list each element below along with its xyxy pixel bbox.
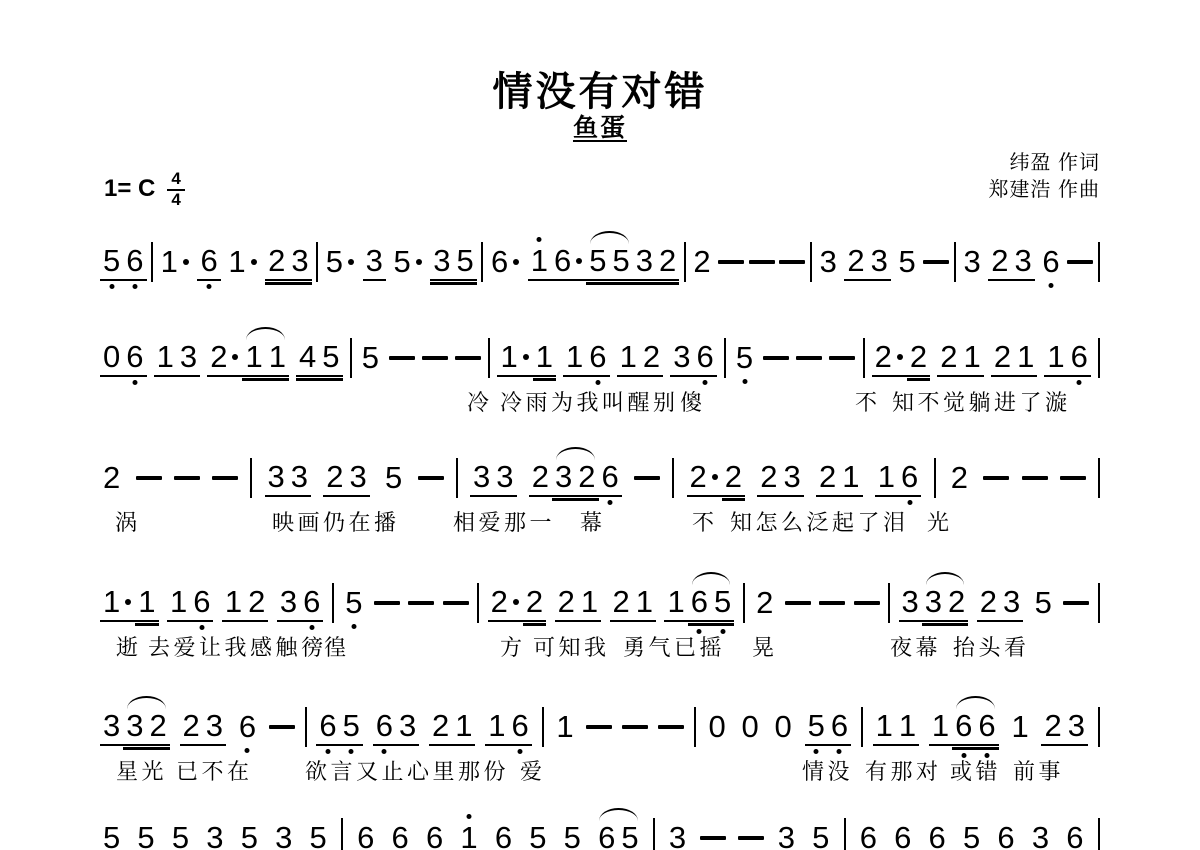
barline (888, 583, 890, 623)
note: 3 (100, 708, 123, 746)
note: 2 (690, 244, 713, 280)
note-number: 3 (291, 459, 308, 495)
note-number: 3 (366, 243, 383, 279)
duration-dash (1063, 601, 1089, 605)
barline (810, 242, 812, 282)
note-number: 2 (432, 708, 449, 744)
note-number: 5 (137, 820, 154, 850)
note: 2 (207, 339, 242, 377)
augmentation-dot (576, 258, 582, 264)
note-number: 1 (899, 708, 916, 744)
note: 1 (497, 339, 532, 377)
note: 6 (354, 820, 377, 850)
barline (488, 338, 490, 378)
note: 5 (805, 708, 828, 746)
beam-group: 21 (937, 339, 984, 377)
beam-group: 332 (100, 708, 170, 746)
tie-group: 32 (922, 584, 969, 622)
note-number: 1 (161, 244, 178, 280)
lyrics-row: 逝去爱让我感触徬徨方可知我勇气已摇晃夜幕抬头看 (100, 631, 1100, 661)
note-number: 6 (376, 708, 393, 744)
note: 3 (922, 584, 945, 622)
note: 1 (929, 708, 952, 746)
note-number: 2 (532, 459, 549, 495)
note-number: 6 (126, 243, 143, 279)
barline (477, 583, 479, 623)
note: 3 (177, 339, 200, 377)
note: 3 (1029, 820, 1052, 850)
octave-dot-below (837, 749, 842, 754)
octave-dot-below (518, 749, 523, 754)
beam-group: 21 (429, 708, 476, 746)
duration-dash (700, 836, 726, 840)
note: 5 (960, 820, 983, 850)
note-number: 2 (210, 339, 227, 375)
note: 6 (123, 243, 146, 281)
augmentation-dot (125, 599, 131, 605)
note: 6 (952, 708, 975, 746)
beam-group: 211 (207, 339, 289, 377)
note: 2 (937, 339, 960, 377)
note-number: 2 (819, 459, 836, 495)
note-number: 3 (636, 243, 653, 279)
note-number: 6 (955, 708, 972, 744)
note-number: 2 (268, 243, 285, 279)
barline (1098, 818, 1100, 850)
beam-group: 23 (977, 584, 1024, 622)
note: 2 (945, 584, 968, 622)
note: 3 (277, 584, 300, 622)
note-number: 5 (343, 708, 360, 744)
note: 5 (134, 820, 157, 850)
note-number: 3 (103, 708, 120, 744)
note: 6 (236, 709, 259, 745)
lyric-segment: 夜幕 (890, 631, 941, 662)
note: 6 (891, 820, 914, 850)
duration-dash (785, 601, 811, 605)
note-number: 1 (138, 584, 155, 620)
note-number: 1 (932, 708, 949, 744)
note-number: 1 (581, 584, 598, 620)
note-number: 1 (556, 709, 573, 745)
barline (743, 583, 745, 623)
tie-group: 66 (952, 708, 999, 746)
note-number: 5 (103, 243, 120, 279)
beam-group: 23 (844, 243, 891, 281)
notation-row: 233235332326222321162 (100, 458, 1100, 498)
lyric-segment: 勇气已摇 (623, 631, 725, 662)
note: 1 (839, 459, 862, 497)
note-number: 5 (714, 584, 731, 620)
note-number: 2 (613, 584, 630, 620)
note-number: 1 (488, 708, 505, 744)
note: 5 (342, 585, 365, 621)
octave-dot-below (907, 500, 912, 505)
note-number: 2 (991, 243, 1008, 279)
duration-dash (829, 356, 855, 360)
note: 6 (1039, 244, 1062, 280)
note: 6 (898, 459, 921, 497)
note: 0 (100, 339, 123, 377)
lyric-segment: 知怎么泛起了泪 (730, 506, 909, 537)
tie-group: 32 (123, 708, 170, 746)
note: 6 (488, 244, 523, 280)
duration-dash (1067, 260, 1093, 264)
note: 2 (180, 708, 203, 746)
lyric-segment: 方 (500, 631, 526, 662)
note: 5 (711, 584, 734, 622)
note: 6 (688, 584, 711, 622)
tie-group: 65 (688, 584, 735, 622)
note: 6 (316, 708, 339, 746)
score: 5616123535356165532232353236061321145511… (100, 0, 1100, 850)
duration-dash (389, 356, 415, 360)
barline (863, 338, 865, 378)
note-number: 1 (1047, 339, 1064, 375)
beam-group: 11 (100, 584, 159, 622)
note-number: 6 (319, 708, 336, 744)
duration-dash (422, 356, 448, 360)
barline (542, 707, 544, 747)
note: 1 (485, 708, 508, 746)
note: 5 (1032, 585, 1055, 621)
note: 6 (551, 243, 586, 281)
octave-dot-below (109, 284, 114, 289)
note-number: 6 (901, 459, 918, 495)
octave-dot-below (814, 749, 819, 754)
note-number: 0 (775, 709, 792, 745)
note-number: 2 (847, 243, 864, 279)
note-number: 0 (708, 709, 725, 745)
duration-dash (443, 601, 469, 605)
augmentation-dot (523, 354, 529, 360)
beam-group: 332 (899, 584, 969, 622)
note: 2 (991, 339, 1014, 377)
note: 6 (975, 708, 998, 746)
note: 5 (319, 339, 342, 377)
note: 6 (123, 339, 146, 377)
note: 3 (288, 459, 311, 497)
note-number: 4 (299, 339, 316, 375)
note: 5 (390, 244, 425, 280)
lyric-segment: 幕 (580, 506, 606, 537)
note: 2 (610, 584, 633, 622)
note-number: 1 (1011, 709, 1028, 745)
note-number: 2 (183, 708, 200, 744)
note-number: 3 (925, 584, 942, 620)
note: 2 (640, 339, 663, 377)
note: 1 (457, 820, 480, 850)
note-number: 2 (980, 584, 997, 620)
note-number: 3 (275, 820, 292, 850)
barline (1098, 707, 1100, 747)
note-number: 6 (126, 339, 143, 375)
lyric-segment: 映画仍在播 (272, 506, 400, 537)
note: 2 (323, 459, 346, 497)
note: 5 (340, 708, 363, 746)
octave-dot-below (349, 749, 354, 754)
note: 3 (265, 459, 288, 497)
tie-group: 11 (242, 339, 289, 377)
barline (250, 458, 252, 498)
note-number: 3 (1015, 243, 1032, 279)
note: 2 (844, 243, 867, 281)
note-number: 2 (875, 339, 892, 375)
note: 3 (775, 820, 798, 850)
beam-group: 21 (816, 459, 863, 497)
note-number: 5 (457, 243, 474, 279)
barline (653, 818, 655, 850)
duration-dash (174, 476, 200, 480)
lyric-segment: 晃 (752, 631, 778, 662)
beam-group: 16 (875, 459, 922, 497)
lyric-segment: 可知我 (533, 631, 610, 662)
beam-group: 06 (100, 339, 147, 377)
lyric-segment: 冷 (467, 386, 493, 417)
note: 3 (493, 459, 516, 497)
barline (684, 242, 686, 282)
beam-group: 16 (1044, 339, 1091, 377)
note-number: 5 (310, 820, 327, 850)
duration-dash (212, 476, 238, 480)
duration-dash (408, 601, 434, 605)
note-number: 6 (1066, 820, 1083, 850)
note: 3 (666, 820, 689, 850)
notation-row: 3322366563211610005611166123 (100, 707, 1100, 747)
note-number: 2 (526, 584, 543, 620)
note: 5 (526, 820, 549, 850)
lyric-segment: 不 (692, 506, 718, 537)
note: 2 (687, 459, 722, 497)
note: 1 (896, 708, 919, 746)
note-number: 2 (578, 459, 595, 495)
duration-dash (1022, 476, 1048, 480)
augmentation-dot (251, 259, 257, 265)
barline (332, 583, 334, 623)
note-number: 5 (326, 244, 343, 280)
note: 5 (307, 820, 330, 850)
note: 5 (809, 820, 832, 850)
note: 3 (552, 459, 575, 497)
note: 3 (203, 820, 226, 850)
note-number: 5 (385, 460, 402, 496)
note-number: 5 (808, 708, 825, 744)
note: 2 (529, 459, 552, 497)
note: 6 (492, 820, 515, 850)
note: 2 (488, 584, 523, 622)
barline (861, 707, 863, 747)
note-number: 2 (756, 585, 773, 621)
note: 1 (242, 339, 265, 377)
lyric-segment: 去爱让我感触徬 (148, 631, 327, 662)
note-number: 3 (784, 459, 801, 495)
note-number: 3 (280, 584, 297, 620)
duration-dash (269, 725, 295, 729)
barline (151, 242, 153, 282)
note-number: 5 (322, 339, 339, 375)
note-number: 3 (820, 244, 837, 280)
octave-dot-below (703, 380, 708, 385)
note-number: 1 (667, 584, 684, 620)
note-number: 5 (393, 244, 410, 280)
note: 3 (960, 244, 983, 280)
duration-dash (983, 476, 1009, 480)
note-number: 3 (1003, 584, 1020, 620)
augmentation-dot (232, 354, 238, 360)
note: 3 (781, 459, 804, 497)
duration-dash (738, 836, 764, 840)
score-line: 061321145511161236522212116冷冷雨为我叫醒别傻不知不觉… (100, 338, 1100, 378)
lyric-segment: 光 (927, 506, 953, 537)
beam-group: 12 (222, 584, 269, 622)
note: 0 (739, 709, 762, 745)
note: 5 (359, 340, 382, 376)
note-number: 6 (978, 708, 995, 744)
duration-dash (455, 356, 481, 360)
octave-dot-above (537, 237, 542, 242)
octave-dot-below (1077, 380, 1082, 385)
note-number: 2 (760, 459, 777, 495)
duration-dash (819, 601, 845, 605)
augmentation-dot (348, 259, 354, 265)
beam-group: 21 (610, 584, 657, 622)
augmentation-dot (513, 599, 519, 605)
note: 2 (656, 243, 679, 281)
note: 6 (389, 820, 412, 850)
lyric-segment: 冷雨为我叫醒别 (500, 386, 679, 417)
note: 2 (575, 459, 598, 497)
augmentation-dot (897, 354, 903, 360)
beam-group: 22 (687, 459, 746, 497)
barline (316, 242, 318, 282)
beam-group: 35 (430, 243, 477, 281)
note-number: 6 (598, 820, 615, 850)
lyric-segment: 爱 (520, 755, 546, 786)
lyric-segment: 逝 (116, 631, 142, 662)
note: 1 (563, 339, 586, 377)
lyric-segment: 不 (855, 386, 881, 417)
lyric-segment: 抬头看 (953, 631, 1030, 662)
barline (1098, 338, 1100, 378)
note: 6 (197, 243, 220, 281)
augmentation-dot (416, 259, 422, 265)
octave-dot-below (132, 380, 137, 385)
octave-dot-below (595, 380, 600, 385)
note-number: 0 (103, 339, 120, 375)
barline (954, 242, 956, 282)
beam-group: 23 (265, 243, 312, 281)
note-number: 2 (1044, 708, 1061, 744)
duration-dash (796, 356, 822, 360)
beam-group: 16 (167, 584, 214, 622)
octave-dot-below (207, 284, 212, 289)
note: 6 (599, 459, 622, 497)
note: 6 (423, 820, 446, 850)
beam-group: 63 (373, 708, 420, 746)
note: 2 (872, 339, 907, 377)
note: 2 (1041, 708, 1064, 746)
lyric-segment: 已不在 (176, 755, 253, 786)
beam-group: 21 (555, 584, 602, 622)
beam-group: 13 (154, 339, 201, 377)
note-number: 1 (963, 339, 980, 375)
notation-row: 061321145511161236522212116 (100, 338, 1100, 378)
note-number: 2 (948, 584, 965, 620)
note: 3 (347, 459, 370, 497)
note: 5 (100, 243, 123, 281)
note: 3 (123, 708, 146, 746)
note-number: 3 (180, 339, 197, 375)
note: 3 (396, 708, 419, 746)
lyric-segment: 傻 (680, 386, 706, 417)
note: 6 (300, 584, 323, 622)
barline (934, 458, 936, 498)
barline (350, 338, 352, 378)
note: 6 (373, 708, 396, 746)
note: 6 (595, 820, 618, 850)
lyric-segment: 相爱那一 (453, 506, 555, 537)
note-number: 5 (621, 820, 638, 850)
note-number: 6 (860, 820, 877, 850)
sheet-music-page: 情没有对错 鱼蛋 纬盈 作词 郑建浩 作曲 1= C 4 4 561612353… (0, 0, 1200, 850)
lyric-segment: 有那对 (865, 755, 942, 786)
note-number: 3 (555, 459, 572, 495)
beam-group: 11 (873, 708, 920, 746)
note: 2 (977, 584, 1000, 622)
beam-group: 45 (296, 339, 343, 377)
note-number: 6 (303, 584, 320, 620)
note: 5 (561, 820, 584, 850)
note-number: 3 (871, 243, 888, 279)
duration-dash (136, 476, 162, 480)
beam-group: 56 (100, 243, 147, 281)
note-number: 2 (558, 584, 575, 620)
note-number: 5 (589, 243, 606, 279)
note-number: 1 (842, 459, 859, 495)
tie-group: 32 (552, 459, 599, 497)
note-number: 6 (239, 709, 256, 745)
note-number: 1 (531, 243, 548, 279)
note-number: 5 (529, 820, 546, 850)
note: 1 (225, 244, 260, 280)
note: 0 (772, 709, 795, 745)
note: 5 (169, 820, 192, 850)
note-number: 2 (150, 708, 167, 744)
beam-group: 23 (1041, 708, 1088, 746)
note: 3 (430, 243, 453, 281)
note: 2 (753, 585, 776, 621)
note-number: 6 (554, 243, 571, 279)
note: 3 (670, 339, 693, 377)
note-number: 3 (496, 459, 513, 495)
octave-dot-below (199, 625, 204, 630)
barline (341, 818, 343, 850)
note-number: 2 (951, 460, 968, 496)
notation-row: 5616123535356165532232353236 (100, 242, 1100, 282)
note-number: 2 (994, 339, 1011, 375)
beam-group: 23 (180, 708, 227, 746)
beam-group: 36 (277, 584, 324, 622)
octave-dot-below (326, 749, 331, 754)
lyric-segment: 知不觉躺进了漩 (892, 386, 1071, 417)
note-number: 3 (433, 243, 450, 279)
lyric-segment: 徨 (324, 631, 350, 662)
note-number: 6 (200, 243, 217, 279)
duration-dash (763, 356, 789, 360)
note-number: 1 (460, 820, 477, 850)
note: 6 (586, 339, 609, 377)
note: 1 (960, 339, 983, 377)
